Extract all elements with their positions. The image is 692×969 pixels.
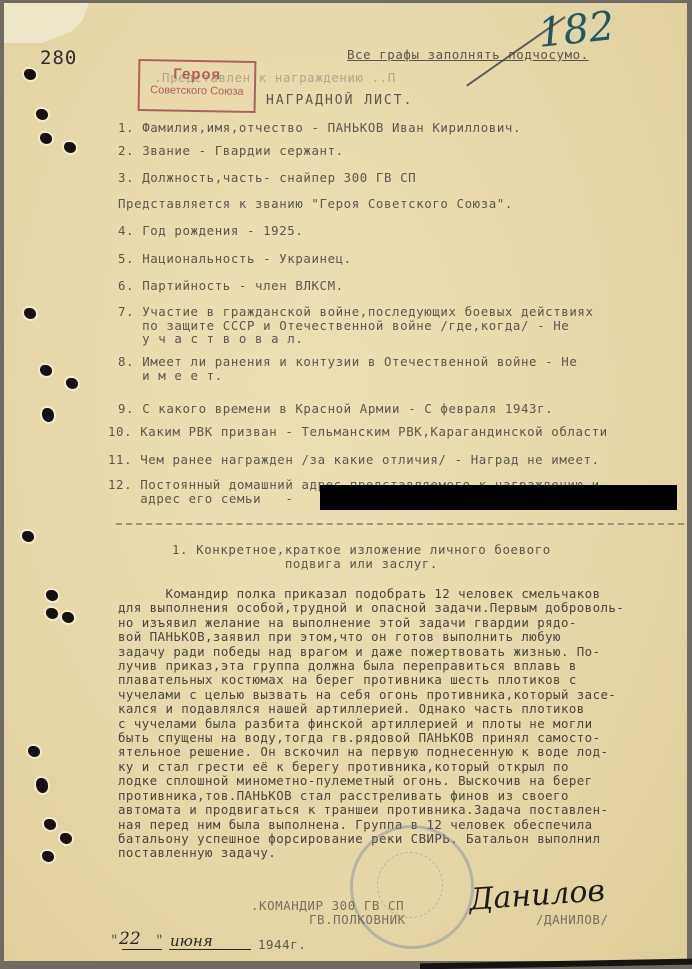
dashed-divider xyxy=(116,523,684,525)
field-5: 5. Национальность - Украинец. xyxy=(118,251,352,266)
hero-stamp: Героя Советского Союза xyxy=(138,59,257,113)
field-11: 11. Чем ранее награжден /за какие отличи… xyxy=(108,452,600,467)
field-text: Партийность - член ВЛКСМ. xyxy=(142,278,344,293)
field-text: Чем ранее награжден /за какие отличия/ -… xyxy=(140,452,599,467)
binding-hole xyxy=(24,308,36,319)
section-title: 1. Конкретное,краткое изложение личного … xyxy=(172,543,551,570)
field-num: 11. xyxy=(108,452,132,467)
field-text: Год рождения - 1925. xyxy=(142,223,303,238)
binding-hole xyxy=(40,365,52,376)
redacted-address xyxy=(320,485,677,510)
field-3: 3. Должность,часть- снайпер 300 ГВ СП xyxy=(118,170,416,185)
field-text: Национальность - Украинец. xyxy=(142,251,352,266)
binding-hole xyxy=(28,746,40,757)
date-day: 22 xyxy=(119,929,141,949)
field-num: 9. xyxy=(118,401,134,416)
archive-number: 280 xyxy=(40,47,77,69)
binding-hole xyxy=(64,142,76,153)
header-instruction: Все графы заполнять подчосумо. xyxy=(347,47,589,62)
binding-hole xyxy=(60,833,72,844)
binding-hole xyxy=(42,851,54,862)
binding-hole xyxy=(66,378,78,389)
binding-hole xyxy=(46,590,58,601)
field-3-nomination: Представляется к званию "Героя Советског… xyxy=(118,196,513,211)
field-num: 2. xyxy=(118,143,134,158)
binding-hole xyxy=(46,608,58,619)
field-text: Должность,часть- снайпер 300 ГВ СП xyxy=(142,170,416,185)
field-text: С какого времени в Красной Армии - С фев… xyxy=(142,401,553,416)
field-10: 10. Каким РВК призван - Тельманским РВК,… xyxy=(108,424,608,439)
field-text: Каким РВК призван - Тельманским РВК,Кара… xyxy=(140,424,607,439)
torn-corner xyxy=(4,3,89,43)
binding-hole xyxy=(36,778,48,793)
date-month: июня xyxy=(170,932,213,950)
month-underline xyxy=(169,949,251,950)
day-underline xyxy=(122,949,162,950)
field-text: Участие в гражданской войне,последующих … xyxy=(118,304,594,346)
stamp-line1: Героя xyxy=(140,65,254,84)
document-title: НАГРАДНОЙ ЛИСТ. xyxy=(266,93,413,108)
signoff-rank: ГВ.ПОЛКОВНИК xyxy=(309,912,406,927)
signoff-position: .КОМАНДИР 300 ГВ СП xyxy=(251,898,404,913)
binding-hole xyxy=(42,408,54,422)
binding-hole xyxy=(44,819,56,830)
field-8: 8. Имеет ли ранения и контузии в Отечест… xyxy=(118,355,577,382)
field-num: 3. xyxy=(118,170,134,185)
signoff-name: /ДАНИЛОВ/ xyxy=(536,912,609,927)
field-num: 6. xyxy=(118,278,134,293)
field-2: 2. Звание - Гвардии сержант. xyxy=(118,143,344,158)
field-num: 1. xyxy=(118,120,134,135)
field-num: 5. xyxy=(118,251,134,266)
binding-hole xyxy=(40,133,52,144)
field-text: Фамилия,имя,отчество - ПАНЬКОВ Иван Кири… xyxy=(142,120,521,135)
field-text: Имеет ли ранения и контузии в Отечествен… xyxy=(118,354,577,383)
field-4: 4. Год рождения - 1925. xyxy=(118,223,303,238)
binding-hole xyxy=(62,612,74,623)
binding-hole xyxy=(22,531,34,542)
field-7: 7. Участие в гражданской войне,последующ… xyxy=(118,305,594,346)
stamp-line2: Советского Союза xyxy=(140,84,254,98)
binding-hole xyxy=(24,69,36,80)
date-year: 1944г. xyxy=(258,937,306,952)
round-seal xyxy=(350,825,474,949)
field-text: Представляется к званию "Героя Советског… xyxy=(118,196,513,211)
binding-hole xyxy=(36,109,48,120)
field-text: Звание - Гвардии сержант. xyxy=(142,143,344,158)
field-6: 6. Партийность - член ВЛКСМ. xyxy=(118,278,344,293)
narrative-text: Командир полка приказал подобрать 12 чел… xyxy=(118,587,687,861)
field-num: 10. xyxy=(108,424,132,439)
field-1: 1. Фамилия,имя,отчество - ПАНЬКОВ Иван К… xyxy=(118,120,521,135)
field-9: 9. С какого времени в Красной Армии - С … xyxy=(118,401,553,416)
award-sheet-page: 280 182 Все графы заполнять подчосумо. .… xyxy=(4,3,687,961)
field-num: 4. xyxy=(118,223,134,238)
